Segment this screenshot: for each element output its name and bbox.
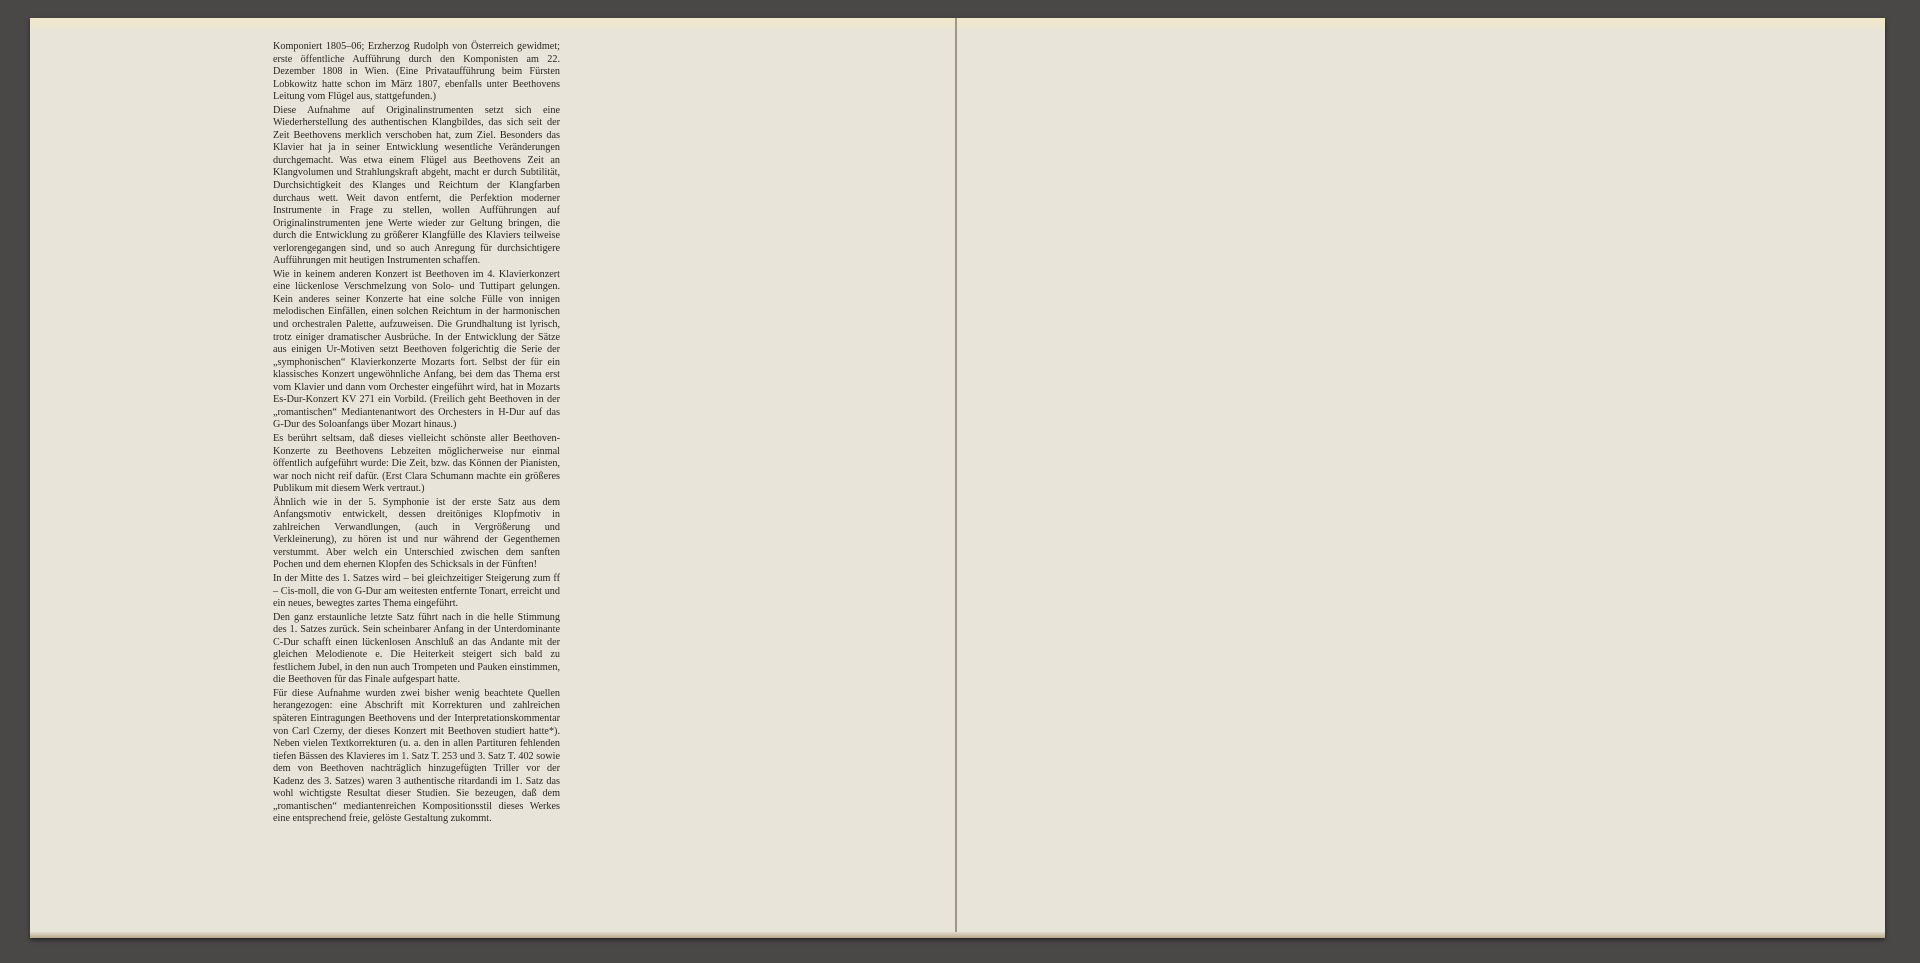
paragraph: Für diese Aufnahme wurden zwei bisher we… [273, 688, 560, 826]
paragraph: Komponiert 1805–06; Erzherzog Rudolph vo… [273, 41, 560, 104]
paragraph: Es berührt seltsam, daß dieses vielleich… [273, 433, 560, 496]
german-column-1: Komponiert 1805–06; Erzherzog Rudolph vo… [273, 41, 560, 826]
center-fold [955, 18, 957, 938]
paragraph: In der Mitte des 1. Satzes wird – bei gl… [273, 573, 560, 611]
liner-notes-booklet: Komponiert 1805–06; Erzherzog Rudolph vo… [30, 18, 1885, 938]
paragraph: Ähnlich wie in der 5. Symphonie ist der … [273, 497, 560, 572]
paragraph: Wie in keinem anderen Konzert ist Beetho… [273, 269, 560, 432]
paragraph: Diese Aufnahme auf Originalinstrumenten … [273, 105, 560, 268]
paragraph: Den ganz erstaunliche letzte Satz führt … [273, 612, 560, 687]
